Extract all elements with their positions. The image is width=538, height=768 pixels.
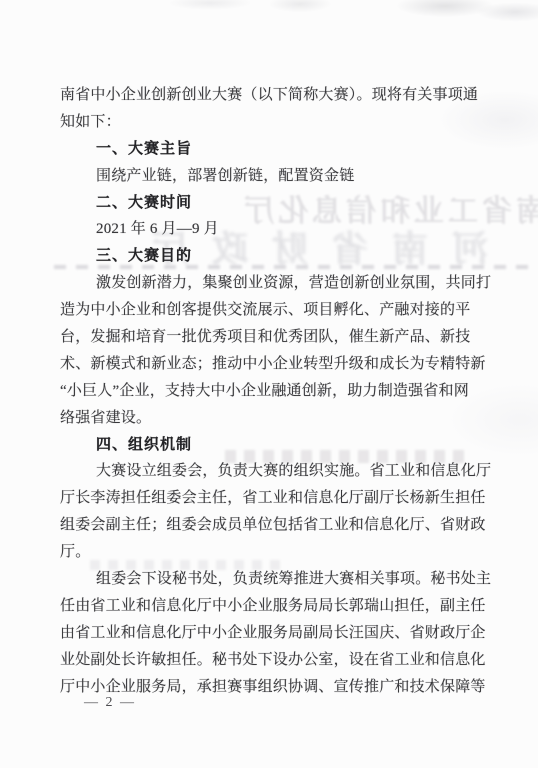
document-line: 由省工业和信息化厅中小企业服务局副局长汪国庆、省财政厅企 [60,620,490,647]
document-line: 激发创新潜力，集聚创业资源，营造创新创业氛围，共同打 [60,270,490,297]
document-line: 任由省工业和信息化厅中小企业服务局局长郭瑞山担任，副主任 [60,593,490,620]
document-line: 台，发掘和培育一批优秀项目和优秀团队，催生新产品、新技 [60,324,490,351]
document-line: 四、组织机制 [60,432,490,459]
document-line: 厅长李涛担任组委会主任，省工业和信息化厅副厅长杨新生担任 [60,485,490,512]
document-line: 组委会副主任；组委会成员单位包括省工业和信息化厅、省财政 [60,512,490,539]
document-line: 围绕产业链，部署创新链，配置资金链 [60,163,490,190]
document-line: 业处副处长许敏担任。秘书处下设办公室，设在省工业和信息化 [60,647,490,674]
document-line: 造为中小企业和创客提供交流展示、项目孵化、产融对接的平 [60,297,490,324]
document-line: 厅。 [60,539,490,566]
document-line: 南省中小企业创新创业大赛（以下简称大赛）。现将有关事项通 [60,82,490,109]
document-line: 大赛设立组委会，负责大赛的组织实施。省工业和信息化厅 [60,458,490,485]
document-line: 知如下： [60,109,490,136]
document-page: 河南省工业和信息化厅 河南省财政厅 南省中小企业创新创业大赛（以下简称大赛）。现… [0,0,538,768]
document-line: 一、大赛主旨 [60,136,490,163]
document-line: 2021 年 6 月—9 月 [60,216,490,243]
document-line: 术、新模式和新业态；推动中小企业转型升级和成长为专精特新 [60,351,490,378]
document-line: 三、大赛目的 [60,243,490,270]
page-number: — 2 — [84,694,136,712]
document-line: 二、大赛时间 [60,190,490,217]
document-line: 组委会下设秘书处，负责统筹推进大赛相关事项。秘书处主 [60,566,490,593]
document-line: 络强省建设。 [60,405,490,432]
document-body: 南省中小企业创新创业大赛（以下简称大赛）。现将有关事项通知如下：一、大赛主旨围绕… [60,82,490,700]
document-line: “小巨人”企业，支持大中小企业融通创新，助力制造强省和网 [60,378,490,405]
